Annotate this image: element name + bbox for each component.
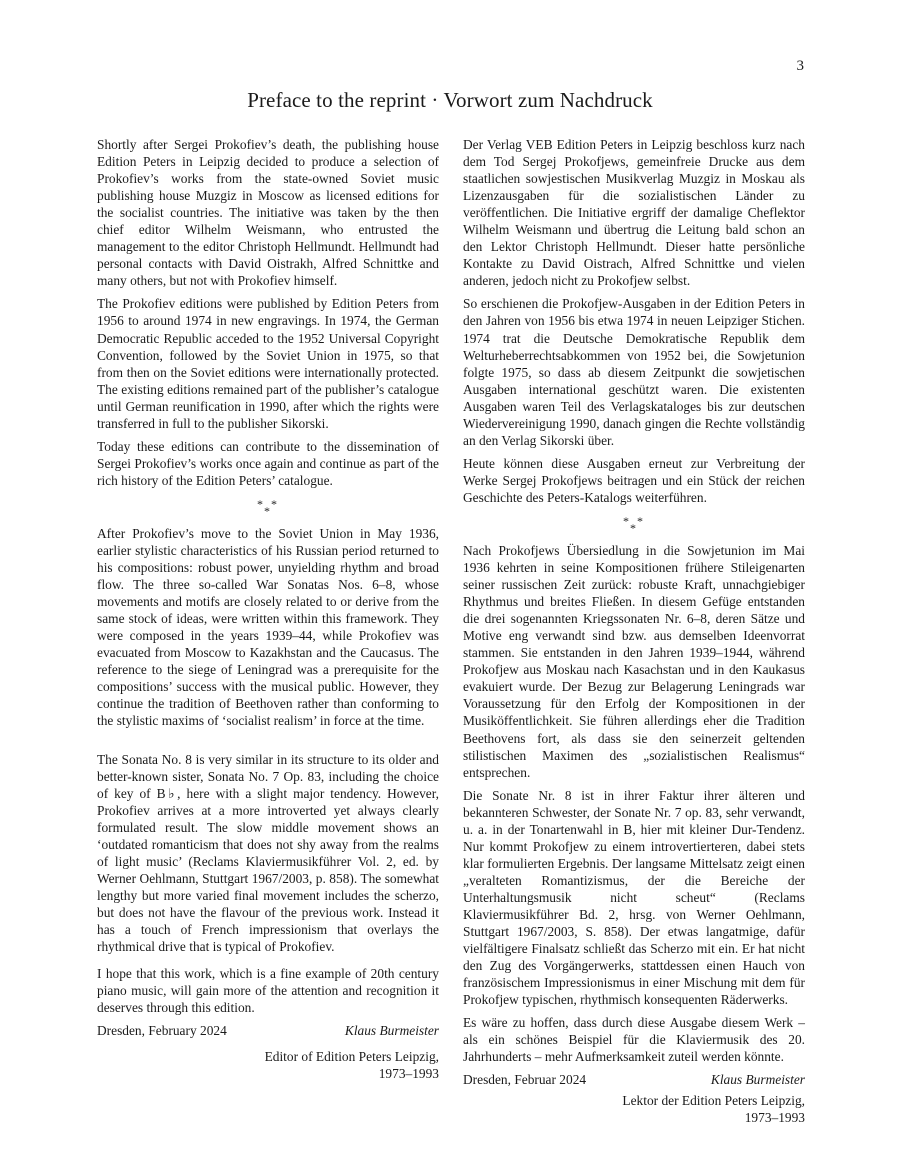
page-number: 3 [797, 58, 805, 75]
author-name-de: Klaus Burmeister [711, 1071, 805, 1088]
author-name-en: Klaus Burmeister [345, 1022, 439, 1039]
author-role-de: Lektor der Edition Peters Leipzig, [463, 1092, 805, 1109]
asterisk-icon: * [637, 515, 643, 527]
paragraph-de-1: Der Verlag VEB Edition Peters in Leipzig… [463, 136, 805, 289]
page-title: Preface to the reprint · Vorwort zum Nac… [0, 88, 900, 113]
author-role-en: Editor of Edition Peters Leipzig, [97, 1048, 439, 1065]
paragraph-en-3: Today these editions can contribute to t… [97, 438, 439, 489]
paragraph-en-4: After Prokofiev’s move to the Soviet Uni… [97, 525, 439, 730]
author-years-en: 1973–1993 [97, 1065, 439, 1082]
german-column: Der Verlag VEB Edition Peters in Leipzig… [463, 136, 805, 1127]
paragraph-de-4: Nach Prokofjews Übersiedlung in die Sowj… [463, 542, 805, 781]
asterisk-icon: * [623, 515, 629, 527]
paragraph-en-2: The Prokofiev editions were published by… [97, 295, 439, 431]
asterisk-icon: * [630, 522, 636, 534]
asterisk-icon: * [257, 498, 263, 510]
asterisk-icon: * [264, 505, 270, 517]
place-date-de: Dresden, Februar 2024 [463, 1071, 586, 1088]
english-column: Shortly after Sergei Prokofiev’s death, … [97, 136, 439, 1082]
place-date-en: Dresden, February 2024 [97, 1022, 227, 1039]
paragraph-de-2: So erschienen die Prokofjew-Ausgaben in … [463, 295, 805, 448]
paragraph-de-6: Es wäre zu hoffen, dass durch diese Ausg… [463, 1014, 805, 1065]
asterisk-icon: * [271, 498, 277, 510]
signature-row-en: Dresden, February 2024 Klaus Burmeister [97, 1022, 439, 1039]
asterism-separator: * * * [97, 495, 439, 521]
asterism-separator: * * * [463, 512, 805, 538]
signature-row-de: Dresden, Februar 2024 Klaus Burmeister [463, 1071, 805, 1088]
paragraph-de-5: Die Sonate Nr. 8 ist in ihrer Faktur ihr… [463, 787, 805, 1009]
paragraph-en-1: Shortly after Sergei Prokofiev’s death, … [97, 136, 439, 289]
author-years-de: 1973–1993 [463, 1109, 805, 1126]
paragraph-en-5: The Sonata No. 8 is very similar in its … [97, 751, 439, 956]
paragraph-en-6: I hope that this work, which is a fine e… [97, 965, 439, 1016]
paragraph-de-3: Heute können diese Ausgaben erneut zur V… [463, 455, 805, 506]
